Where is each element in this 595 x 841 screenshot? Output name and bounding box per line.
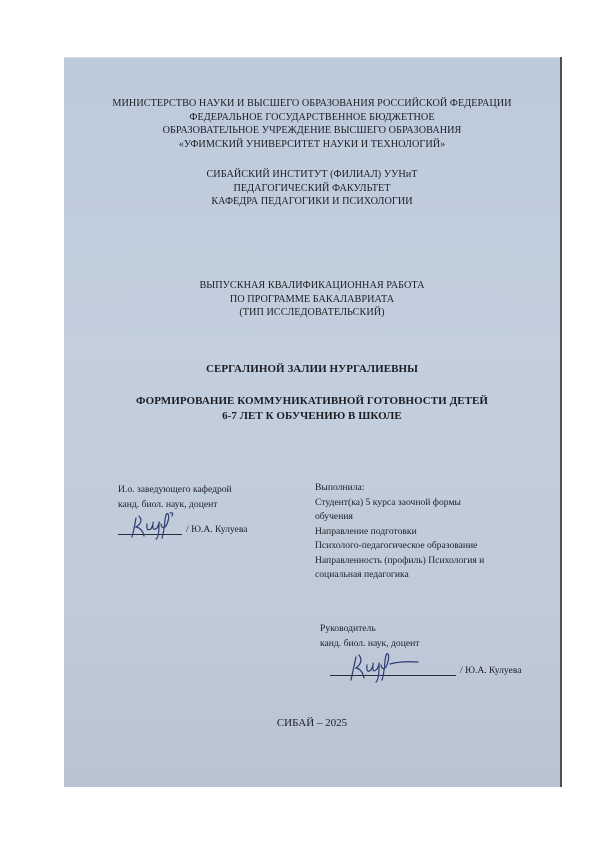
performed-by-block: Выполнила: Студент(ка) 5 курса заочной ф… — [315, 481, 555, 583]
thesis-title-line: 6-7 ЛЕТ К ОБУЧЕНИЮ В ШКОЛЕ — [64, 409, 560, 424]
performed-label: Выполнила: — [315, 481, 555, 496]
institute-line: СИБАЙСКИЙ ИНСТИТУТ (ФИЛИАЛ) УУНиТ — [64, 168, 560, 182]
supervisor-position: Руководитель — [320, 622, 560, 637]
signature-icon — [130, 510, 186, 540]
profile-label: Направленность (профиль) Психология и — [315, 554, 555, 569]
direction-label: Направление подготовки — [315, 525, 555, 540]
study-form: обучения — [315, 510, 555, 525]
thesis-title: ФОРМИРОВАНИЕ КОММУНИКАТИВНОЙ ГОТОВНОСТИ … — [64, 394, 560, 424]
head-of-department-block: И.о. заведующего кафедрой канд. биол. на… — [118, 483, 308, 538]
header-line: МИНИСТЕРСТВО НАУКИ И ВЫСШЕГО ОБРАЗОВАНИЯ… — [64, 97, 560, 111]
header-line: «УФИМСКИЙ УНИВЕРСИТЕТ НАУКИ И ТЕХНОЛОГИЙ… — [64, 138, 560, 152]
author-name: СЕРГАЛИНОЙ ЗАЛИИ НУРГАЛИЕВНЫ — [64, 362, 560, 377]
work-type-line: ВЫПУСКНАЯ КВАЛИФИКАЦИОННАЯ РАБОТА — [64, 279, 560, 293]
title-page: МИНИСТЕРСТВО НАУКИ И ВЫСШЕГО ОБРАЗОВАНИЯ… — [64, 57, 562, 787]
profile-value: социальная педагогика — [315, 568, 555, 583]
city-year: СИБАЙ – 2025 — [64, 717, 560, 729]
header-line: ОБРАЗОВАТЕЛЬНОЕ УЧРЕЖДЕНИЕ ВЫСШЕГО ОБРАЗ… — [64, 124, 560, 138]
work-type-line: ПО ПРОГРАММЕ БАКАЛАВРИАТА — [64, 293, 560, 307]
head-signature-name: / Ю.А. Кулуева — [186, 523, 247, 538]
thesis-title-line: ФОРМИРОВАНИЕ КОММУНИКАТИВНОЙ ГОТОВНОСТИ … — [64, 394, 560, 409]
signature-icon — [348, 649, 428, 683]
header-line: ФЕДЕРАЛЬНОЕ ГОСУДАРСТВЕННОЕ БЮДЖЕТНОЕ — [64, 111, 560, 125]
work-type-block: ВЫПУСКНАЯ КВАЛИФИКАЦИОННАЯ РАБОТА ПО ПРО… — [64, 279, 560, 320]
institute-block: СИБАЙСКИЙ ИНСТИТУТ (ФИЛИАЛ) УУНиТ ПЕДАГО… — [64, 168, 560, 209]
department-line: КАФЕДРА ПЕДАГОГИКИ И ПСИХОЛОГИИ — [64, 195, 560, 209]
ministry-header: МИНИСТЕРСТВО НАУКИ И ВЫСШЕГО ОБРАЗОВАНИЯ… — [64, 97, 560, 151]
work-type-line: (ТИП ИССЛЕДОВАТЕЛЬСКИЙ) — [64, 306, 560, 320]
head-position: И.о. заведующего кафедрой — [118, 483, 308, 498]
faculty-line: ПЕДАГОГИЧЕСКИЙ ФАКУЛЬТЕТ — [64, 182, 560, 196]
supervisor-block: Руководитель канд. биол. наук, доцент / … — [320, 622, 560, 679]
direction-value: Психолого-педагогическое образование — [315, 539, 555, 554]
student-course: Студент(ка) 5 курса заочной формы — [315, 496, 555, 511]
supervisor-signature-name: / Ю.А. Кулуева — [460, 664, 521, 679]
